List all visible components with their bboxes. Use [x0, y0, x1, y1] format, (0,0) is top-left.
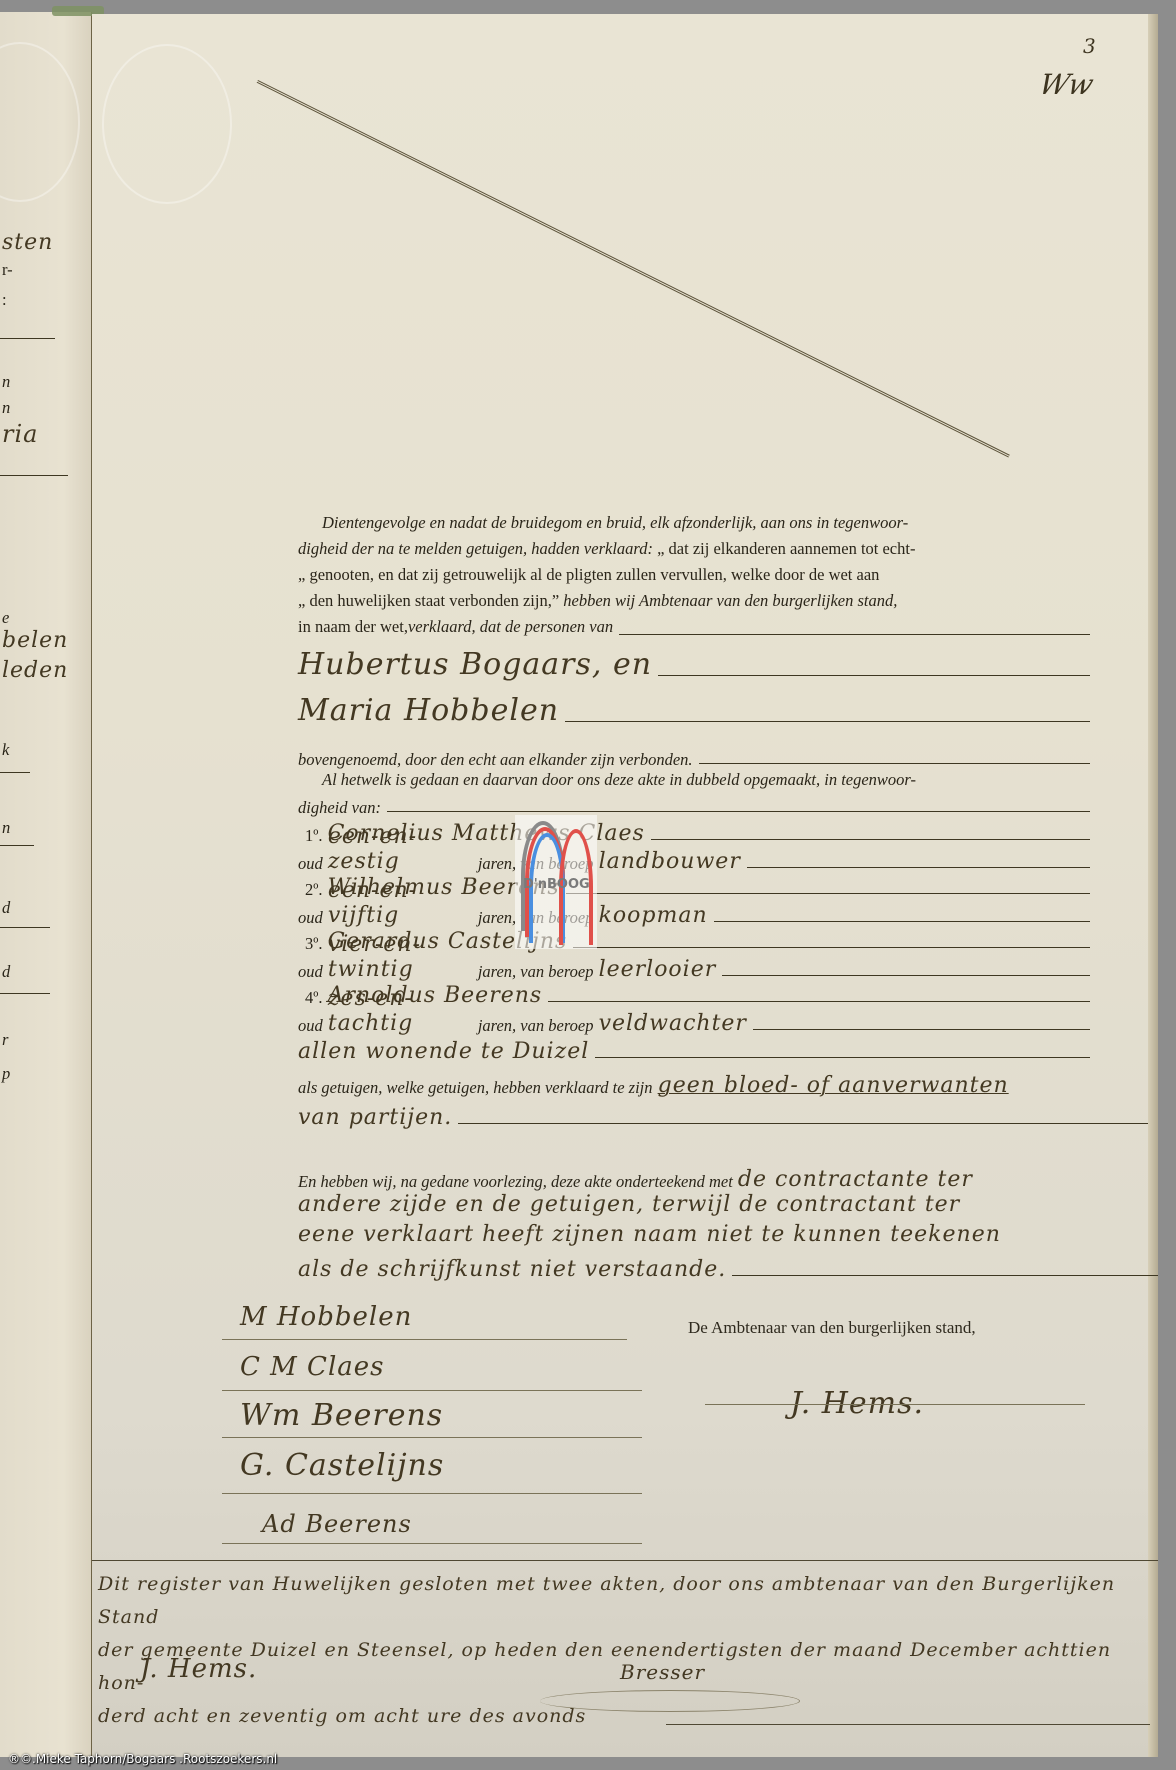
closing-printed: En hebben wij, na gedane voorlezing, dez…	[298, 1172, 733, 1192]
dnboog-watermark: D'nBOOG	[515, 815, 597, 949]
residence-text: allen wonende te Duizel	[298, 1039, 589, 1064]
witness-4-occupation: veldwachter	[599, 1011, 747, 1036]
bride-name: Maria Hobbelen	[298, 693, 559, 728]
left-page-fragment: belen	[2, 628, 68, 653]
closing-hand-3: als de schrijfkunst niet verstaande.	[298, 1257, 726, 1282]
declaration-line-3: „ genooten, en dat zij getrouwelijk al d…	[298, 562, 1090, 588]
left-page: sten r- : n n ria e belen leden k n d d …	[0, 12, 92, 1757]
left-page-fragment: d	[2, 898, 10, 918]
declaration-line-5a: in naam der wet,	[298, 614, 408, 640]
witness-1-number: 1º.	[305, 826, 323, 846]
left-rule	[0, 338, 55, 339]
signature-line	[222, 1437, 642, 1438]
union-text: bovengenoemd, door den echt aan elkander…	[298, 750, 693, 770]
official-title: De Ambtenaar van den burgerlijken stand,	[688, 1318, 976, 1338]
oud-label: oud	[298, 962, 323, 982]
signature-line	[705, 1404, 1085, 1405]
signature-line	[222, 1493, 642, 1494]
left-page-fragment: sten	[2, 230, 53, 255]
fill-rule	[548, 1001, 1090, 1002]
fill-rule	[573, 947, 1090, 948]
embossed-seal	[0, 42, 80, 202]
declaration-line-4b: hebben wij Ambtenaar van den burgerlijke…	[559, 591, 897, 610]
register-closing-line-3: derd acht en zeventig om acht ure des av…	[98, 1700, 586, 1733]
oud-label: oud	[298, 854, 323, 874]
witness-2-details-row: oud een-en-vijftig jaren, van beroep koo…	[298, 900, 1090, 928]
witness-1-age: een-en-zestig	[328, 824, 478, 874]
signature-flourish	[540, 1690, 800, 1712]
closing-hand-0: de contractante ter	[738, 1167, 973, 1192]
register-signature-hems: J. Hems.	[140, 1654, 257, 1684]
embossed-seal	[102, 44, 232, 204]
declaration-line-5b: verklaard, dat de personen van	[408, 614, 613, 640]
groom-row: Hubertus Bogaars, en	[298, 642, 1090, 682]
fill-rule	[658, 675, 1090, 676]
left-rule	[0, 845, 34, 846]
witness-3-details-row: oud vier-en-twintig jaren, van beroep le…	[298, 954, 1090, 982]
fill-rule	[619, 634, 1090, 635]
fill-rule	[565, 721, 1090, 722]
left-page-fragment: k	[2, 740, 9, 760]
left-page-fragment: e	[2, 608, 9, 628]
witness-2-age: een-en-vijftig	[328, 878, 478, 928]
fill-rule	[699, 763, 1090, 764]
relation-text-2: van partijen.	[298, 1105, 452, 1130]
page-initials: Ww	[1036, 68, 1098, 101]
left-page-fragment: d	[2, 962, 10, 982]
witness-2-number: 2º.	[305, 880, 323, 900]
left-page-fragment: ria	[2, 420, 38, 448]
left-page-fragment: r-	[2, 260, 13, 280]
register-closing-line-1: Dit register van Huwelijken gesloten met…	[98, 1568, 1158, 1634]
witness-4-age: zes-en-tachtig	[328, 986, 478, 1036]
left-page-fragment: n	[2, 372, 10, 392]
signature-line	[222, 1543, 642, 1544]
union-row: bovengenoemd, door den echt aan elkander…	[298, 742, 1090, 770]
left-page-fragment: p	[2, 1064, 10, 1084]
copyright-notice: ®©.Mieke Taphorn/Bogaars .Rootszoekers.n…	[8, 1752, 277, 1766]
declaration-paragraph: Dientengevolge en nadat de bruidegom en …	[298, 510, 1090, 640]
closing-hand-2: eene verklaart heeft zijnen naam niet te…	[298, 1222, 1148, 1252]
fill-rule	[747, 867, 1090, 868]
witness-2-occupation: koopman	[599, 903, 708, 928]
relation-row: als getuigen, welke getuigen, hebben ver…	[298, 1070, 1148, 1098]
declaration-line-4a: „ den huwelijken staat verbonden zijn,”	[298, 591, 559, 610]
witness-declaration-label: als getuigen, welke getuigen, hebben ver…	[298, 1078, 653, 1098]
signature-line	[222, 1390, 642, 1391]
fill-rule	[566, 893, 1090, 894]
register-closing-rule	[92, 1560, 1158, 1561]
declaration-line-1: Dientengevolge en nadat de bruidegom en …	[322, 513, 908, 532]
witness-3-occupation: leerlooier	[599, 957, 717, 982]
witness-intro-row: digheid van:	[298, 790, 1090, 818]
witness-intro-2: digheid van:	[298, 798, 381, 818]
fill-rule	[722, 975, 1090, 976]
left-rule	[0, 993, 50, 994]
watermark-label: D'nBOOG	[523, 877, 590, 892]
witness-4-number: 4º.	[305, 988, 323, 1008]
witness-intro-text: Al hetwelk is gedaan en daarvan door ons…	[322, 770, 916, 789]
fill-rule	[714, 921, 1090, 922]
fill-rule	[753, 1029, 1090, 1030]
closing-hand-1: andere zijde en de getuigen, terwijl de …	[298, 1192, 1148, 1222]
fill-rule	[666, 1724, 1150, 1725]
relation-row-2: van partijen.	[298, 1102, 1148, 1130]
page-edge	[1148, 14, 1158, 1757]
fill-rule	[595, 1057, 1090, 1058]
jaren-beroep-label: jaren, van beroep	[478, 962, 594, 982]
witness-1-occupation: landbouwer	[599, 849, 741, 874]
groom-name: Hubertus Bogaars, en	[298, 647, 652, 682]
witness-1-details-row: oud een-en-zestig jaren, van beroep land…	[298, 846, 1090, 874]
oud-label: oud	[298, 1016, 323, 1036]
fill-rule	[387, 811, 1090, 812]
signature-m-hobbelen: M Hobbelen	[240, 1302, 412, 1332]
signature-g-castelijns: G. Castelijns	[240, 1448, 444, 1483]
register-signature-2: Bresser	[620, 1660, 705, 1684]
left-rule	[0, 772, 30, 773]
left-page-fragment: leden	[2, 658, 68, 683]
witness-4-details-row: oud zes-en-tachtig jaren, van beroep vel…	[298, 1008, 1090, 1036]
jaren-beroep-label: jaren, van beroep	[478, 1016, 594, 1036]
page-number: 3	[1083, 34, 1096, 58]
relation-text: geen bloed- of aanverwanten	[658, 1073, 1009, 1098]
residence-row: allen wonende te Duizel	[298, 1036, 1090, 1064]
left-rule	[0, 475, 68, 476]
left-page-fragment: r	[2, 1030, 8, 1050]
witness-3-age: vier-en-twintig	[328, 932, 478, 982]
left-rule	[0, 927, 50, 928]
witness-intro-line-1: Al hetwelk is gedaan en daarvan door ons…	[322, 770, 916, 790]
witness-3-number: 3º.	[305, 934, 323, 954]
left-page-fragment: n	[2, 818, 10, 838]
fill-rule	[458, 1123, 1148, 1124]
left-page-fragment: :	[2, 290, 7, 310]
closing-paragraph: En hebben wij, na gedane voorlezing, dez…	[298, 1164, 1148, 1282]
oud-label: oud	[298, 908, 323, 928]
left-page-fragment: n	[2, 398, 10, 418]
bride-row: Maria Hobbelen	[298, 688, 1090, 728]
signature-ad-beerens: Ad Beerens	[262, 1510, 412, 1538]
declaration-line-2b: „ dat zij elkanderen aannemen tot echt-	[653, 539, 916, 558]
signature-line	[222, 1339, 627, 1340]
signature-cm-claes: C M Claes	[240, 1352, 384, 1382]
declaration-line-2a: digheid der na te melden getuigen, hadde…	[298, 539, 653, 558]
signature-wm-beerens: Wm Beerens	[240, 1398, 443, 1433]
fill-rule	[732, 1275, 1158, 1276]
fill-rule	[651, 839, 1090, 840]
